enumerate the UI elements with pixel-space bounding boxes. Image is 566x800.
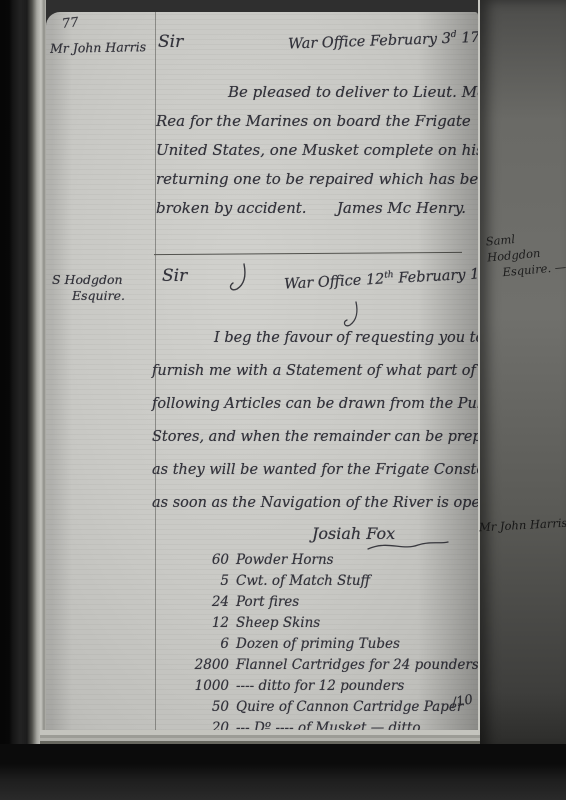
letter2-body: I beg the favour of requesting you to fu… [152, 322, 482, 520]
item-quantity: 1000 [192, 676, 236, 697]
letter1-body-line: returning one to be repaired which has b… [156, 165, 472, 194]
letter2-margin-note-name: S Hodgdon [52, 272, 156, 288]
letter1-dateline: War Office February 3d 1798 [288, 28, 499, 52]
scan-bottom-shadow [0, 744, 566, 800]
letter2-dateline: War Office 12th February 1798 [284, 264, 508, 292]
letter2-body-line: following Articles can be drawn from the… [152, 388, 482, 421]
letter1-body-line: Rea for the Marines on board the Frigate [156, 107, 472, 136]
letter1-body-line: broken by accident. [156, 194, 307, 223]
item-quantity: 5 [192, 571, 236, 592]
item-description: Flannel Cartridges for 24 pounders [236, 655, 479, 676]
list-item: 24Port fires [192, 592, 479, 613]
letter2-body-line: Stores, and when the remainder can be pr… [152, 421, 482, 454]
letter1-salutation: Sir [158, 32, 183, 52]
item-description: Cwt. of Match Stuff [236, 571, 370, 592]
letter2-margin-note: S Hodgdon Esquire. [52, 272, 156, 304]
item-quantity: 50 [192, 697, 236, 718]
list-item: 5Cwt. of Match Stuff [192, 571, 479, 592]
item-quantity: 2800 [192, 655, 236, 676]
list-item: 1000---- ditto for 12 pounders [192, 676, 479, 697]
letter1-closing-line: broken by accident. James Mc Henry. [156, 194, 472, 223]
item-quantity: 12 [192, 613, 236, 634]
item-description: ---- ditto for 12 pounders [236, 676, 404, 697]
letter2-body-line: I beg the favour of requesting you to [152, 322, 482, 355]
manuscript-page: 77 Mr John Harris Sir War Office Februar… [46, 12, 478, 730]
opposite-page-edge [478, 0, 566, 752]
letter1-margin-note: Mr John Harris [50, 39, 146, 56]
item-description: Quire of Cannon Cartridge Paper [236, 697, 463, 718]
letter1-body-line: Be pleased to deliver to Lieut. Mc [156, 78, 472, 107]
letter2-body-line: furnish me with a Statement of what part… [152, 355, 482, 388]
pen-flourish-icon [226, 262, 252, 294]
item-description: Port fires [236, 592, 299, 613]
letter-divider-line [154, 252, 462, 255]
list-item: 60Powder Horns [192, 550, 479, 571]
letter2-dateline-sup: th [384, 270, 394, 280]
folio-number: 77 [61, 15, 79, 32]
manuscript-scan: 77 Mr John Harris Sir War Office Februar… [0, 0, 566, 800]
letter2-body-line: as they will be wanted for the Frigate C… [152, 454, 482, 487]
item-description: Dozen of priming Tubes [236, 634, 400, 655]
page-bottom-edge [40, 730, 480, 744]
item-quantity: 6 [192, 634, 236, 655]
letter1-body-line: United States, one Musket complete on hi… [156, 136, 472, 165]
item-quantity: 60 [192, 550, 236, 571]
letter1-body: Be pleased to deliver to Lieut. Mc Rea f… [156, 78, 472, 223]
articles-list: 60Powder Horns 5Cwt. of Match Stuff 24Po… [192, 550, 479, 739]
letter2-salutation: Sir [162, 266, 187, 286]
list-item: 2800Flannel Cartridges for 24 pounders [192, 655, 479, 676]
list-item: 12Sheep Skins [192, 613, 479, 634]
letter2-dateline-pre: War Office 12 [284, 271, 385, 292]
letter1-signature: James Mc Henry. [337, 194, 466, 223]
list-item: 50Quire of Cannon Cartridge Paper [192, 697, 479, 718]
letter1-dateline-pre: War Office February 3 [288, 31, 451, 53]
item-description: Powder Horns [236, 550, 334, 571]
letter2-body-line: as soon as the Navigation of the River i… [152, 487, 482, 520]
book-binding-edge [0, 0, 46, 800]
list-item: 6Dozen of priming Tubes [192, 634, 479, 655]
opposite-page-margin-note: Saml Hodgdon Esquire. — [485, 227, 566, 282]
item-quantity: 24 [192, 592, 236, 613]
item-description: Sheep Skins [236, 613, 320, 634]
letter2-margin-note-title: Esquire. [52, 288, 156, 304]
